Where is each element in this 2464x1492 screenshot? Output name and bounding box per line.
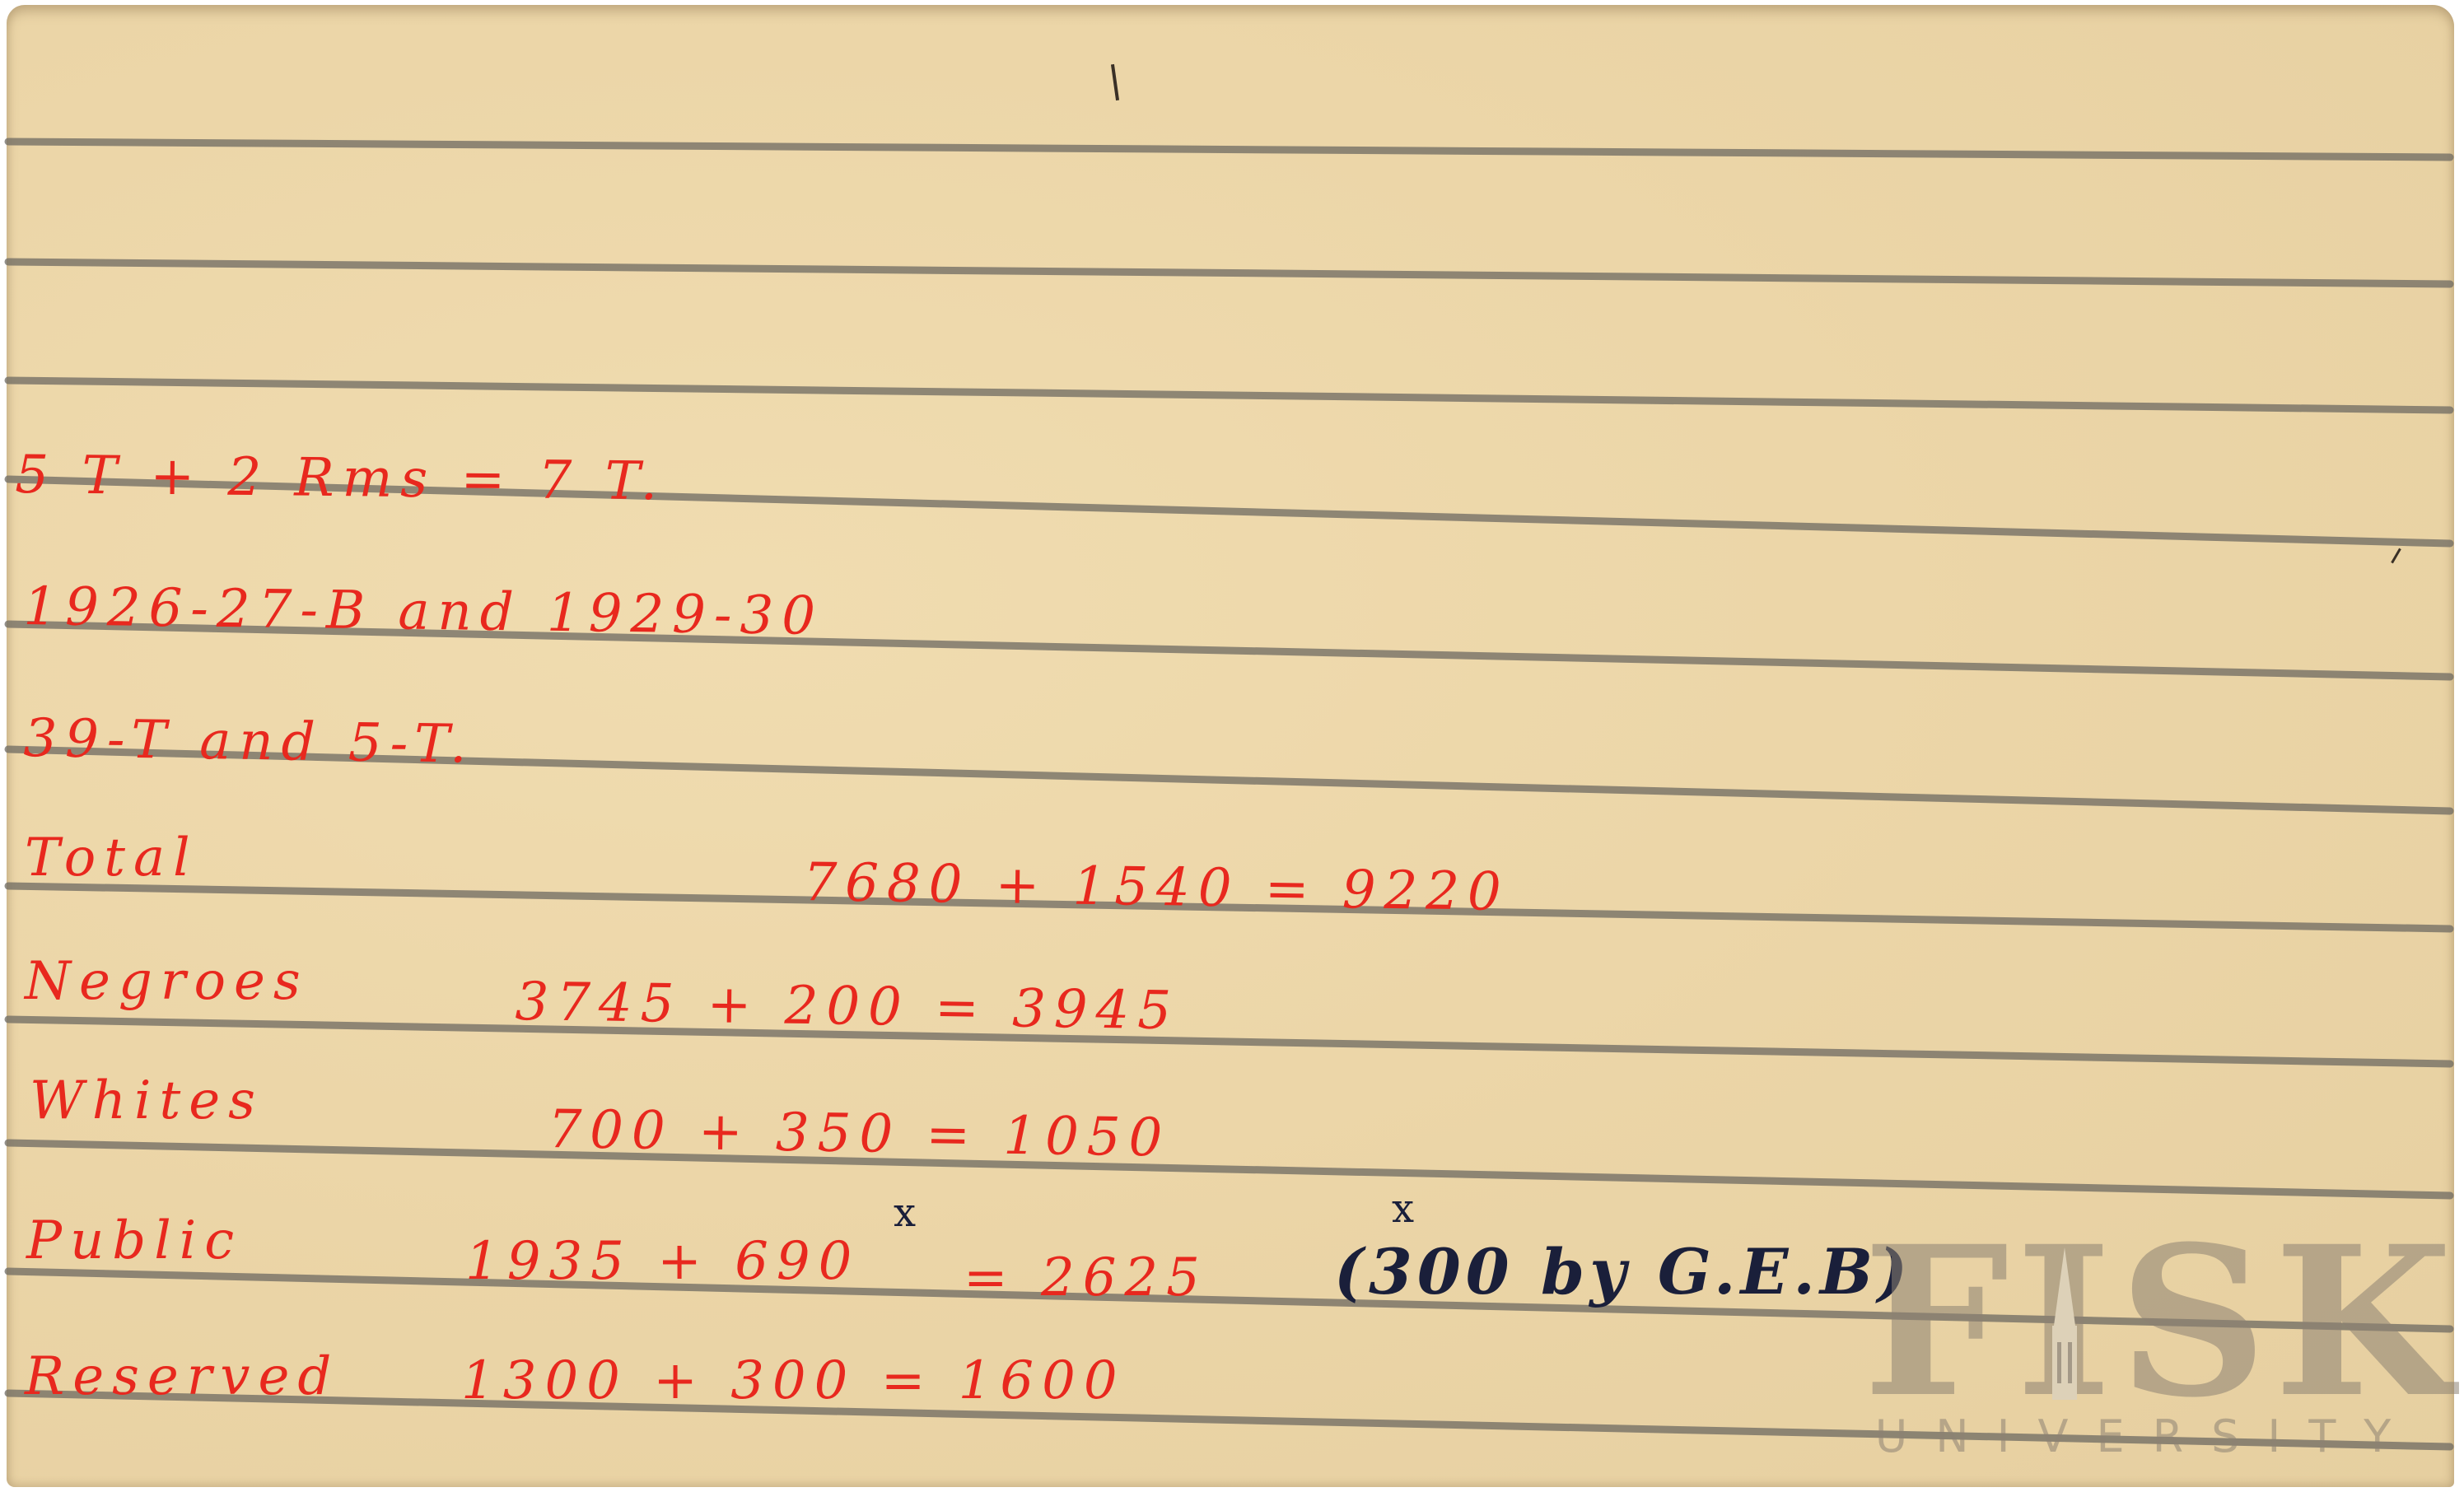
row-result-public: = 2625 (964, 1247, 1208, 1308)
row-expression-negroes: 3745 + 200 = 3945 (515, 972, 1179, 1042)
note-line-2: 1926-27-B and 1929-30 (23, 576, 824, 647)
note-line-3: 39-T and 5-T. (23, 708, 475, 776)
annotation-mark: x (1392, 1186, 1422, 1232)
watermark-title: FISK (1863, 1239, 2431, 1404)
annotation-geb: (300 by G.E.B) (1334, 1235, 1912, 1308)
row-label-reserved: Reserved (25, 1346, 339, 1407)
rule-line (8, 142, 2450, 157)
rule-line (8, 1019, 2450, 1064)
row-label-public: Public (26, 1210, 242, 1271)
row-expression-total: 7680 + 1540 = 9220 (803, 852, 1510, 923)
row-label-negroes: Negroes (25, 951, 309, 1012)
fisk-university-watermark: FISK UNIVERSITY (1863, 1239, 2431, 1486)
note-line-1: 5 T + 2 Rms = 7 T. (15, 445, 666, 512)
rule-line (8, 1143, 2450, 1196)
row-superscript-public: x (894, 1190, 924, 1236)
row-expression-whites: 700 + 350 = 1050 (548, 1099, 1171, 1169)
row-label-total: Total (25, 828, 198, 888)
row-expression-public: 1935 + 690 (465, 1231, 860, 1292)
watermark-subtitle: UNIVERSITY (1863, 1412, 2431, 1462)
rule-line (8, 262, 2450, 284)
rule-line (8, 380, 2450, 410)
row-expression-reserved: 1300 + 300 = 1600 (461, 1350, 1126, 1411)
row-label-whites: Whites (30, 1070, 264, 1131)
tower-icon (2036, 1247, 2093, 1412)
